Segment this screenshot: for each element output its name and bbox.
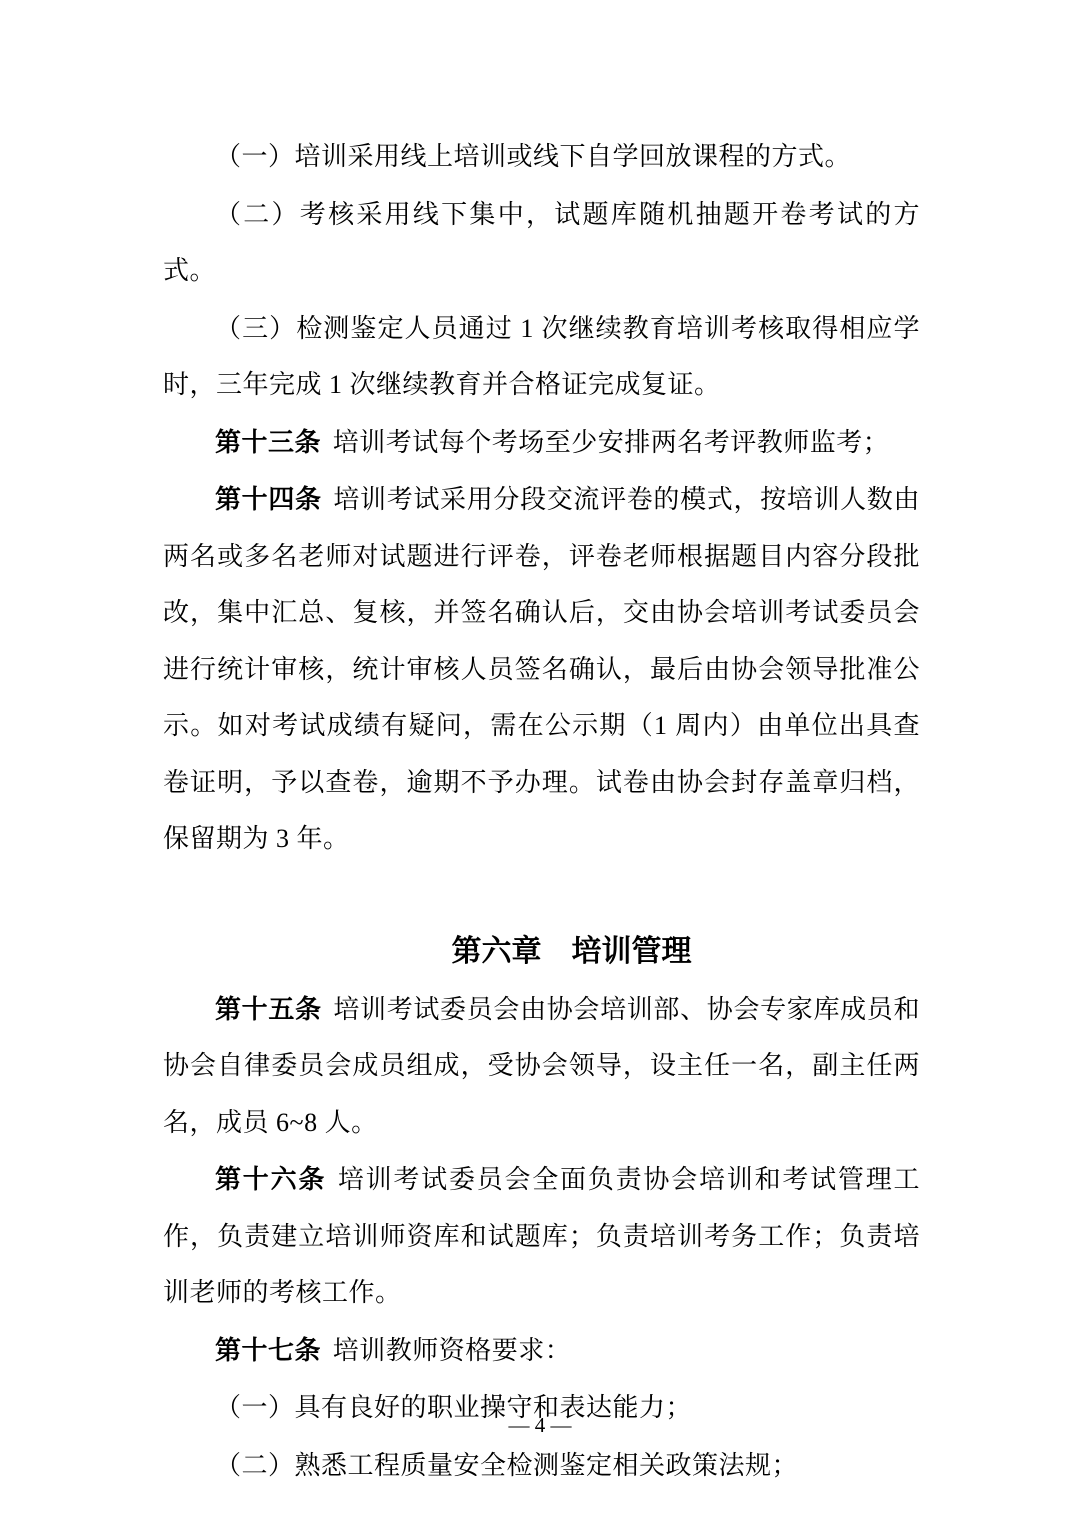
clause-number: 第十七条	[215, 1335, 321, 1365]
article-16: 第十六条培训考试委员会全面负责协会培训和考试管理工作，负责建立培训师资库和试题库…	[163, 1151, 920, 1322]
list-item-1: （一）培训采用线上培训或线下自学回放课程的方式。	[163, 128, 920, 186]
paragraph-text: 培训考试每个考场至少安排两名考评教师监考；	[333, 428, 890, 457]
article-14: 第十四条培训考试采用分段交流评卷的模式，按培训人数由两名或多名老师对试题进行评卷…	[163, 471, 920, 868]
list-item-5: （二）熟悉工程质量安全检测鉴定相关政策法规；	[163, 1437, 920, 1495]
article-17: 第十七条培训教师资格要求：	[163, 1322, 920, 1380]
article-13: 第十三条培训考试每个考场至少安排两名考评教师监考；	[163, 414, 920, 472]
paragraph-text: 培训考试采用分段交流评卷的模式，按培训人数由两名或多名老师对试题进行评卷，评卷老…	[163, 485, 920, 853]
page-number: — 4 —	[0, 1410, 1080, 1440]
paragraph-text: （三）检测鉴定人员通过 1 次继续教育培训考核取得相应学时，三年完成 1 次继续…	[163, 314, 920, 400]
clause-number: 第十三条	[215, 427, 321, 457]
paragraph-text: （二）熟悉工程质量安全检测鉴定相关政策法规；	[215, 1451, 798, 1480]
paragraph-text: 培训教师资格要求：	[333, 1336, 572, 1365]
paragraph-text: （一）培训采用线上培训或线下自学回放课程的方式。	[215, 142, 851, 171]
list-item-2: （二）考核采用线下集中，试题库随机抽题开卷考试的方式。	[163, 186, 920, 300]
paragraph-text: （二）考核采用线下集中，试题库随机抽题开卷考试的方式。	[163, 200, 920, 286]
clause-number: 第十五条	[215, 994, 322, 1024]
list-item-3: （三）检测鉴定人员通过 1 次继续教育培训考核取得相应学时，三年完成 1 次继续…	[163, 300, 920, 414]
document-body: （一）培训采用线上培训或线下自学回放课程的方式。 （二）考核采用线下集中，试题库…	[163, 128, 920, 1494]
article-15: 第十五条培训考试委员会由协会培训部、协会专家库成员和协会自律委员会成员组成，受协…	[163, 981, 920, 1152]
clause-number: 第十六条	[215, 1164, 326, 1194]
document-page: （一）培训采用线上培训或线下自学回放课程的方式。 （二）考核采用线下集中，试题库…	[0, 0, 1080, 1527]
chapter-heading: 第六章 培训管理	[163, 924, 920, 981]
clause-number: 第十四条	[215, 484, 322, 514]
